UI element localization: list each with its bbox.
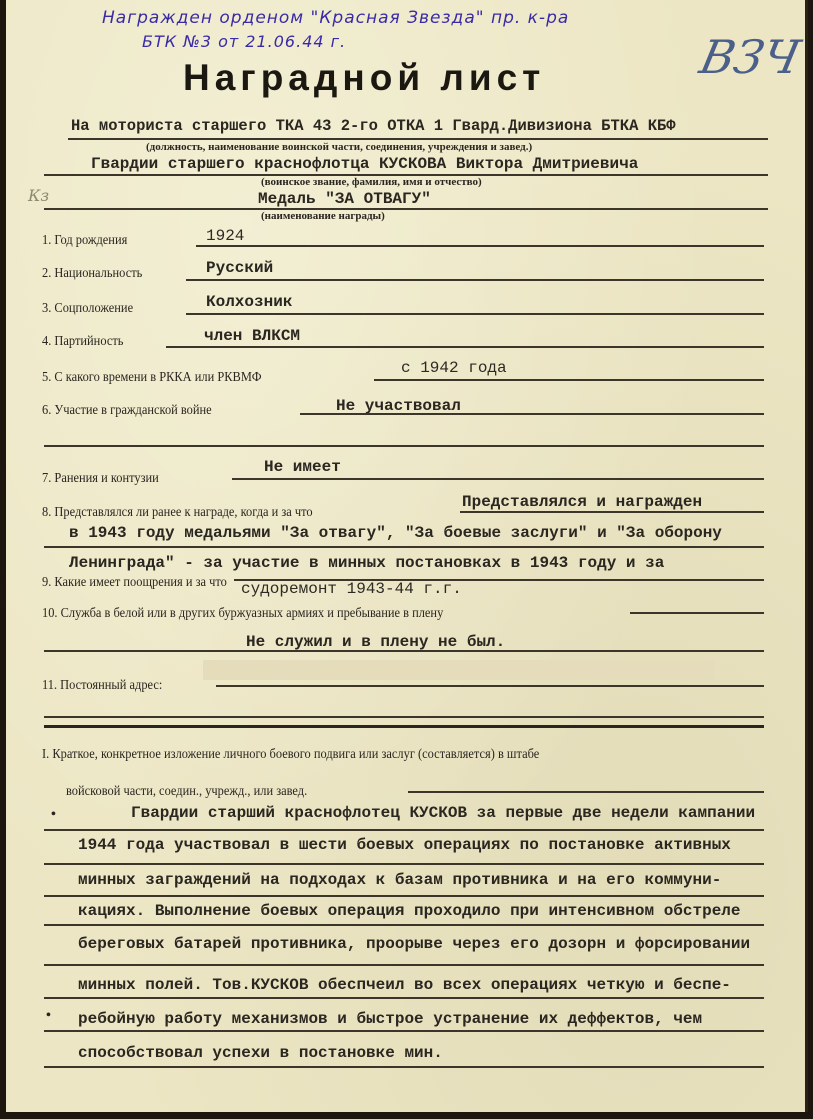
field-value-prior-awards: Представлялся и награжден bbox=[462, 493, 702, 511]
award-value: Медаль "ЗА ОТВАГУ" bbox=[258, 190, 431, 208]
narrative-line: минных заграждений на подходах к базам п… bbox=[78, 871, 721, 889]
handwritten-note-line2: БТК №3 от 21.06.44 г. bbox=[142, 32, 346, 51]
field-underline bbox=[44, 445, 764, 447]
hole-punch-mark: • bbox=[51, 807, 56, 823]
narrative-line: ребойную работу механизмов и быстрое уст… bbox=[78, 1010, 702, 1028]
hole-punch-mark: • bbox=[46, 1008, 51, 1024]
field-value-prior-awards-line2: в 1943 году медальями "За отвагу", "За б… bbox=[69, 524, 722, 542]
field-underline bbox=[166, 346, 764, 348]
field-underline bbox=[186, 279, 764, 281]
position-value: На моториста старшего ТКА 43 2-го ОТКА 1… bbox=[71, 117, 676, 135]
narrative-underline bbox=[44, 924, 764, 926]
narrative-line: кациях. Выполнение боевых операция прохо… bbox=[78, 902, 741, 920]
narrative-underline bbox=[44, 1066, 764, 1068]
field-underline bbox=[44, 650, 764, 652]
redacted-address-block bbox=[203, 660, 715, 680]
field-label-nationality: 2. Национальность bbox=[42, 265, 142, 281]
field-underline bbox=[196, 245, 764, 247]
field-value-social: Колхозник bbox=[206, 293, 292, 311]
field-underline bbox=[216, 685, 764, 687]
field-underline bbox=[44, 546, 764, 548]
narrative-line: 1944 года участвовал в шести боевых опер… bbox=[78, 836, 731, 854]
field-value-party: член ВЛКСМ bbox=[204, 327, 300, 345]
field-label-wounds: 7. Ранения и контузии bbox=[42, 470, 159, 486]
person-value: Гвардии старшего краснофлотца КУСКОВА Ви… bbox=[91, 155, 638, 173]
narrative-line: береговых батарей противника, проорыве ч… bbox=[78, 935, 750, 953]
handwritten-note-line1: Награжден орденом "Красная Звезда" пр. к… bbox=[102, 8, 569, 28]
divider bbox=[44, 208, 768, 210]
section-I-label-line2: войсковой части, соедин., учрежд., или з… bbox=[66, 783, 307, 799]
field-underline bbox=[460, 511, 764, 513]
section-divider bbox=[44, 725, 764, 728]
field-label-white-army: 10. Служба в белой или в других буржуазн… bbox=[42, 605, 443, 621]
field-value-white-army: Не служил и в плену не был. bbox=[246, 633, 505, 651]
field-value-service-since: с 1942 года bbox=[401, 359, 507, 377]
narrative-underline bbox=[44, 997, 764, 999]
field-label-birth-year: 1. Год рождения bbox=[42, 232, 127, 248]
field-underline bbox=[44, 716, 764, 718]
narrative-underline bbox=[44, 895, 764, 897]
field-label-prior-awards: 8. Представлялся ли ранее к награде, ког… bbox=[42, 504, 313, 520]
narrative-line: Гвардии старший краснофлотец КУСКОВ за п… bbox=[131, 804, 755, 822]
narrative-line: минных полей. Тов.КУСКОВ обеспчеил во вс… bbox=[78, 976, 731, 994]
narrative-underline bbox=[44, 829, 764, 831]
field-label-party: 4. Партийность bbox=[42, 333, 123, 349]
divider bbox=[68, 138, 768, 140]
award-caption: (наименование награды) bbox=[261, 210, 385, 222]
position-caption: (должность, наименование воинской части,… bbox=[146, 141, 532, 153]
signature: ВЗЧ bbox=[695, 30, 805, 84]
field-underline bbox=[186, 313, 764, 315]
field-underline bbox=[300, 413, 764, 415]
narrative-underline bbox=[44, 863, 764, 865]
field-label-address: 11. Постоянный адрес: bbox=[42, 677, 162, 693]
field-label-incentives: 9. Какие имеет поощрения и за что bbox=[42, 574, 227, 590]
field-underline bbox=[408, 791, 764, 793]
narrative-underline bbox=[44, 964, 764, 966]
field-underline bbox=[374, 379, 764, 381]
field-underline bbox=[232, 478, 764, 480]
field-value-birth-year: 1924 bbox=[206, 227, 244, 245]
margin-mark: Кз bbox=[28, 186, 49, 205]
field-value-incentives: судоремонт 1943-44 г.г. bbox=[241, 580, 462, 598]
field-underline bbox=[630, 612, 764, 614]
narrative-line: способствовал успехи в постановке мин. bbox=[78, 1044, 443, 1062]
section-I-label-line1: I. Краткое, конкретное изложение личного… bbox=[42, 746, 539, 762]
award-sheet-page: Награжден орденом "Красная Звезда" пр. к… bbox=[6, 0, 808, 1112]
person-caption: (воинское звание, фамилия, имя и отчеств… bbox=[261, 176, 482, 188]
field-value-nationality: Русский bbox=[206, 259, 273, 277]
page-title: Наградной лист bbox=[183, 57, 545, 99]
field-label-service-since: 5. С какого времени в РККА или РКВМФ bbox=[42, 369, 262, 385]
field-label-civil-war: 6. Участие в гражданской войне bbox=[42, 402, 212, 418]
field-value-prior-awards-line3: Ленинграда" - за участие в минных постан… bbox=[69, 554, 664, 572]
field-label-social: 3. Соцположение bbox=[42, 300, 133, 316]
narrative-underline bbox=[44, 1030, 764, 1032]
field-value-wounds: Не имеет bbox=[264, 458, 341, 476]
